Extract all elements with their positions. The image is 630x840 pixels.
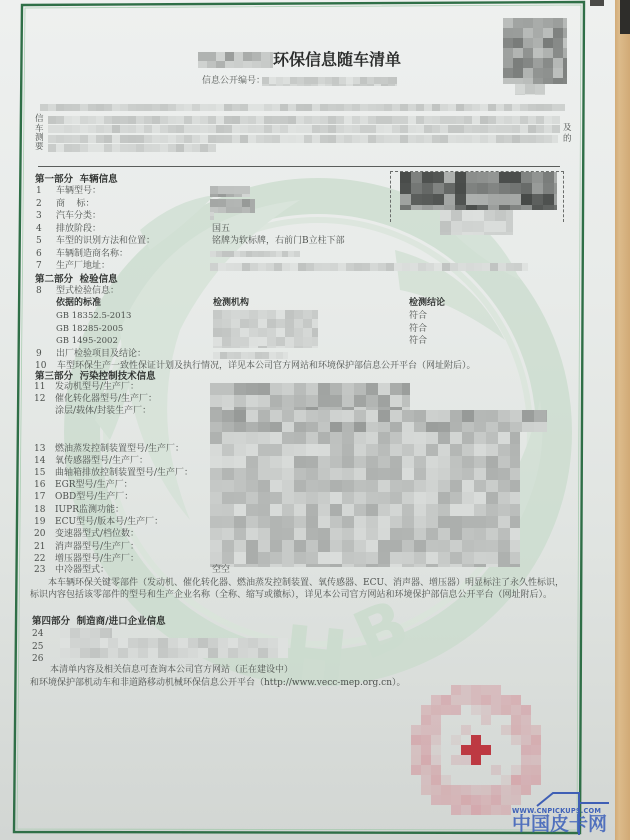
watermark-site-name: 中国皮卡网	[512, 814, 607, 834]
pickup-truck-logo-icon	[0, 0, 630, 840]
